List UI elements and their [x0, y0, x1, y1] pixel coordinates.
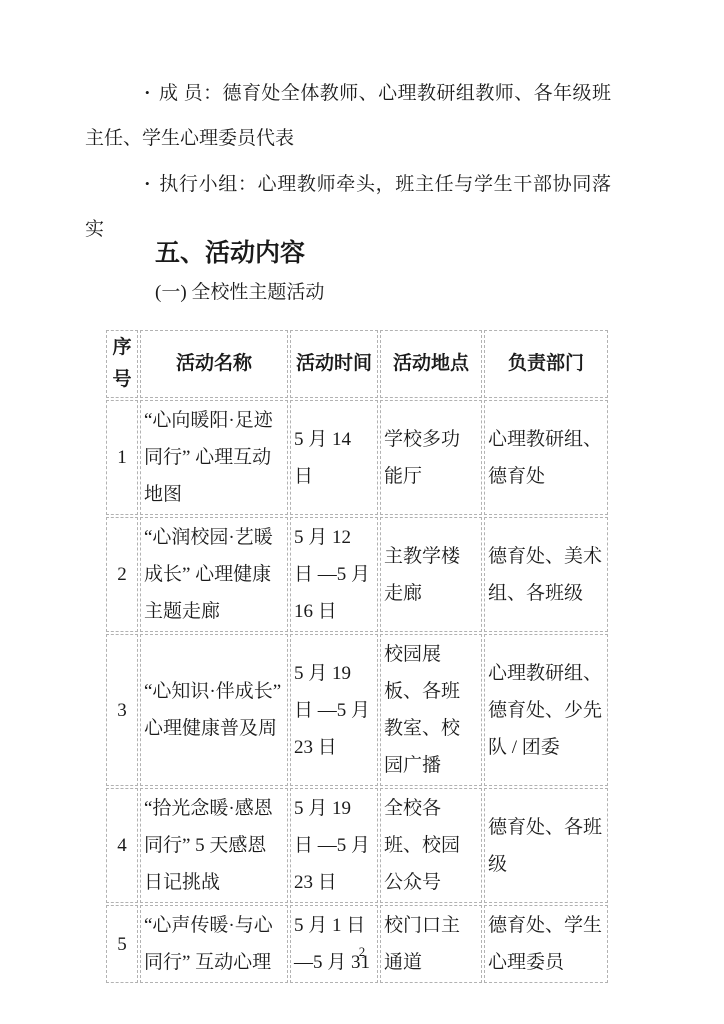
activities-table: 序号 活动名称 活动时间 活动地点 负责部门 1 “心向暖阳·足迹同行” 心理互… — [104, 328, 610, 985]
cell-dept: 德育处、美术组、各班级 — [484, 517, 608, 632]
cell-no: 2 — [106, 517, 138, 632]
document-page: •成 员：德育处全体教师、心理教研组教师、各年级班主任、学生心理委员代表 •执行… — [0, 0, 724, 1024]
cell-activity-time: 5 月 14 日 — [290, 400, 378, 515]
cell-activity-name: “心润校园·艺暖成长” 心理健康主题走廊 — [140, 517, 288, 632]
table-row: 3 “心知识·伴成长” 心理健康普及周 5 月 19 日 —5 月 23 日 校… — [106, 634, 608, 786]
cell-activity-time: 5 月 12 日 —5 月 16 日 — [290, 517, 378, 632]
member-paragraph-text: 成 员：德育处全体教师、心理教研组教师、各年级班主任、学生心理委员代表 — [85, 83, 611, 149]
table-row: 2 “心润校园·艺暖成长” 心理健康主题走廊 5 月 12 日 —5 月 16 … — [106, 517, 608, 632]
cell-activity-name: “心知识·伴成长” 心理健康普及周 — [140, 634, 288, 786]
cell-dept: 心理教研组、德育处 — [484, 400, 608, 515]
page-number: 2 — [0, 944, 724, 960]
cell-dept: 心理教研组、德育处、少先队 / 团委 — [484, 634, 608, 786]
exec-group-paragraph-text: 执行小组：心理教师牵头，班主任与学生干部协同落实 — [85, 174, 611, 240]
activities-table-container: 序号 活动名称 活动时间 活动地点 负责部门 1 “心向暖阳·足迹同行” 心理互… — [104, 328, 610, 985]
header-activity-name: 活动名称 — [140, 330, 288, 398]
intro-paragraphs: •成 员：德育处全体教师、心理教研组教师、各年级班主任、学生心理委员代表 •执行… — [85, 70, 611, 252]
cell-activity-time: 5 月 19 日 —5 月 23 日 — [290, 788, 378, 903]
header-no: 序号 — [106, 330, 138, 398]
cell-activity-place: 学校多功能厅 — [380, 400, 482, 515]
cell-activity-time: 5 月 19 日 —5 月 23 日 — [290, 634, 378, 786]
cell-no: 3 — [106, 634, 138, 786]
cell-activity-place: 全校各班、校园公众号 — [380, 788, 482, 903]
bullet-icon: • — [145, 85, 150, 100]
cell-activity-name: “心向暖阳·足迹同行” 心理互动地图 — [140, 400, 288, 515]
cell-activity-place: 主教学楼走廊 — [380, 517, 482, 632]
cell-activity-name: “拾光念暖·感恩同行” 5 天感恩日记挑战 — [140, 788, 288, 903]
cell-activity-place: 校园展板、各班教室、校园广播 — [380, 634, 482, 786]
header-activity-time: 活动时间 — [290, 330, 378, 398]
bullet-icon: • — [145, 176, 150, 191]
table-row: 4 “拾光念暖·感恩同行” 5 天感恩日记挑战 5 月 19 日 —5 月 23… — [106, 788, 608, 903]
member-paragraph: •成 员：德育处全体教师、心理教研组教师、各年级班主任、学生心理委员代表 — [85, 70, 611, 161]
table-header-row: 序号 活动名称 活动时间 活动地点 负责部门 — [106, 330, 608, 398]
header-activity-place: 活动地点 — [380, 330, 482, 398]
table-row: 1 “心向暖阳·足迹同行” 心理互动地图 5 月 14 日 学校多功能厅 心理教… — [106, 400, 608, 515]
cell-no: 1 — [106, 400, 138, 515]
subsection-heading: (一) 全校性主题活动 — [155, 280, 324, 306]
cell-no: 4 — [106, 788, 138, 903]
cell-dept: 德育处、各班级 — [484, 788, 608, 903]
section-heading: 五、活动内容 — [155, 238, 305, 270]
header-dept: 负责部门 — [484, 330, 608, 398]
